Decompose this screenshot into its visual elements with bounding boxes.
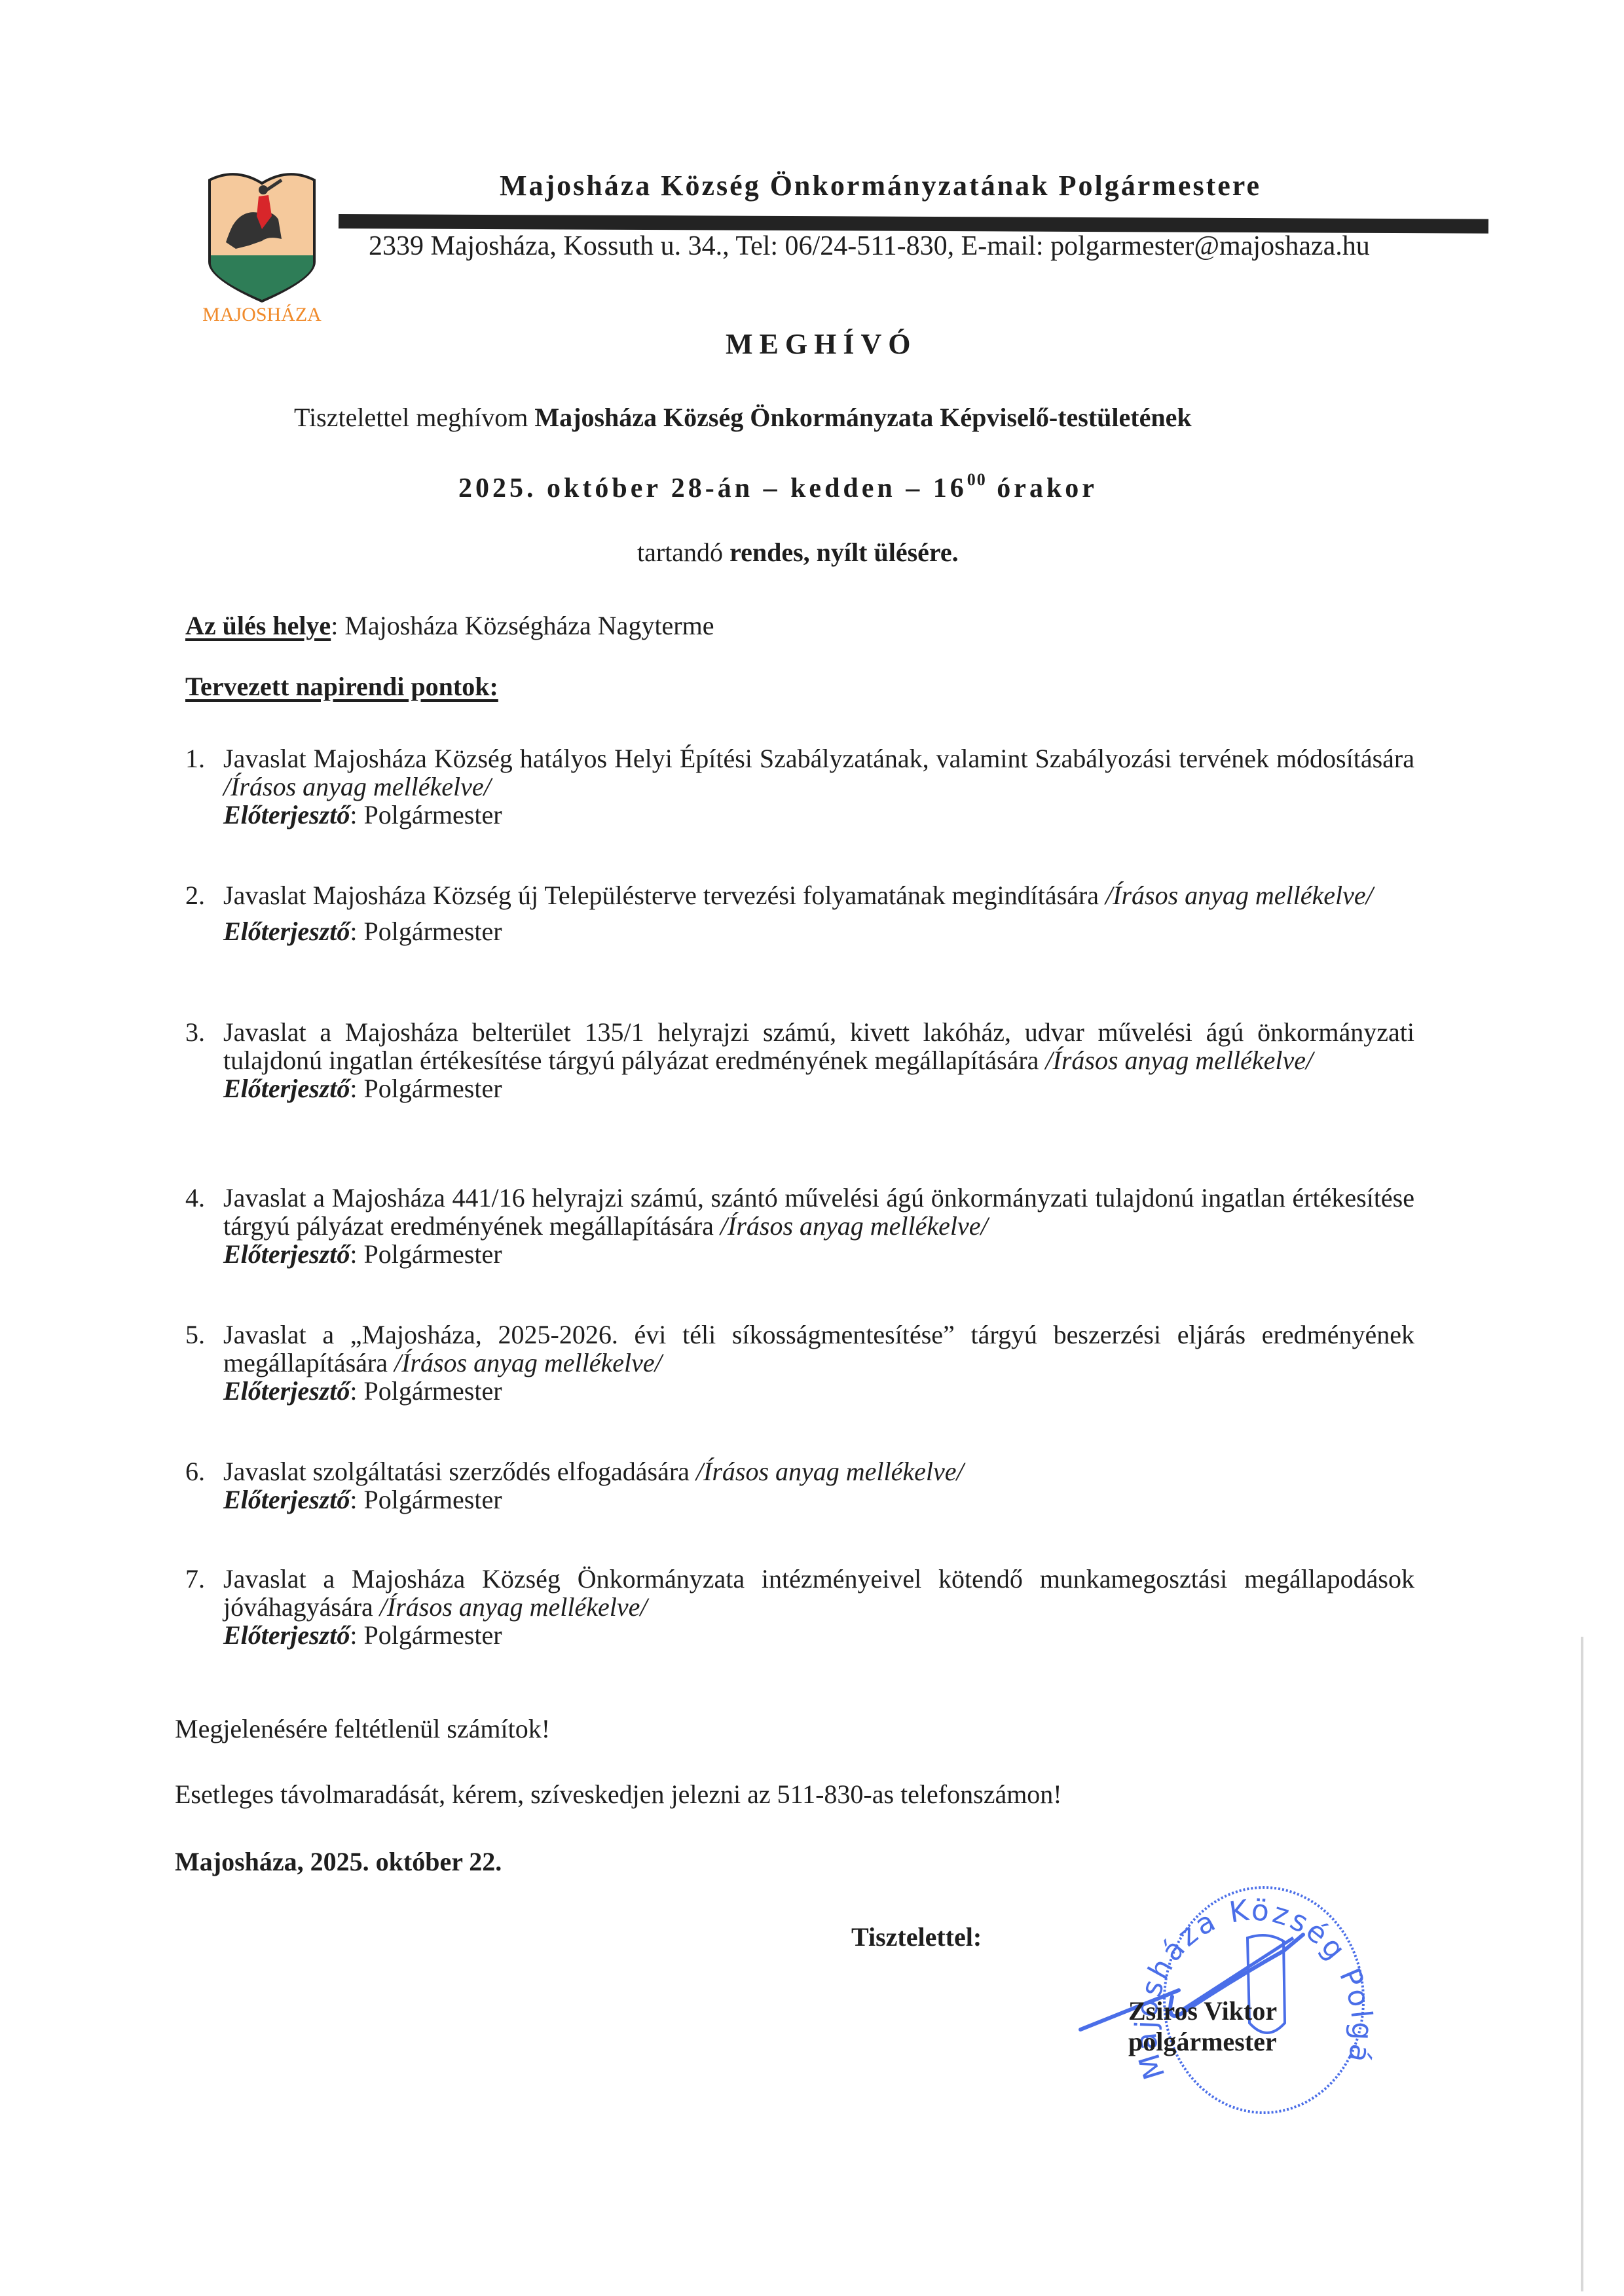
session-lead: tartandó (637, 538, 729, 567)
agenda-item-text: Javaslat Majosháza Község új Településte… (223, 881, 1414, 909)
agenda-item: 6. Javaslat szolgáltatási szerződés elfo… (185, 1457, 1414, 1514)
meeting-time-minutes: 00 (967, 470, 987, 489)
agenda-item-number: 3. (185, 1018, 205, 1046)
meeting-date-text: 2025. október 28-án – kedden – 16 (458, 473, 967, 503)
meeting-place-value: Majosháza Községháza Nagyterme (344, 611, 714, 640)
agenda-item-text: Javaslat a „Majosháza, 2025-2026. évi té… (223, 1321, 1414, 1377)
session-type: rendes, nyílt ülésére. (729, 538, 959, 567)
agenda-item: 3. Javaslat a Majosháza belterület 135/1… (185, 1018, 1414, 1102)
session-type-line: tartandó rendes, nyílt ülésére. (637, 537, 959, 568)
attachment-note: /Írásos anyag mellékelve/ (380, 1592, 648, 1622)
meeting-place-separator: : (331, 611, 344, 640)
attachment-note: /Írásos anyag mellékelve/ (394, 1348, 662, 1377)
agenda-item-number: 2. (185, 881, 205, 909)
agenda-item-presenter: Előterjesztő: Polgármester (223, 1240, 1414, 1268)
agenda-item-presenter: Előterjesztő: Polgármester (223, 917, 1414, 945)
agenda-item-number: 4. (185, 1184, 205, 1212)
agenda-item-number: 1. (185, 744, 205, 773)
agenda-item-presenter: Előterjesztő: Polgármester (223, 1074, 1414, 1102)
agenda-item-number: 7. (185, 1565, 205, 1593)
regards: Tisztelettel: (851, 1922, 982, 1952)
agenda-item-presenter: Előterjesztő: Polgármester (223, 1621, 1414, 1649)
agenda-item-number: 5. (185, 1321, 205, 1349)
meeting-place: Az ülés helye: Majosháza Községháza Nagy… (185, 610, 714, 641)
attachment-note: /Írásos anyag mellékelve/ (223, 772, 491, 801)
invitation-body: Majosháza Község Önkormányzata Képviselő… (534, 403, 1191, 432)
agenda-item: 1. Javaslat Majosháza Község hatályos He… (185, 744, 1414, 829)
letterhead-contact: 2339 Majosháza, Kossuth u. 34., Tel: 06/… (369, 230, 1370, 262)
agenda-item: 4. Javaslat a Majosháza 441/16 helyrajzi… (185, 1184, 1414, 1268)
agenda-item-presenter: Előterjesztő: Polgármester (223, 801, 1414, 829)
meeting-date: 2025. október 28-án – kedden – 1600 órak… (458, 470, 1098, 504)
invitation-line: Tisztelettel meghívom Majosháza Község Ö… (294, 402, 1192, 433)
scan-edge-artifact (1581, 1637, 1583, 2291)
letterhead-title: Majosháza Község Önkormányzatának Polgár… (500, 169, 1261, 202)
svg-text:MAJOSHÁZA: MAJOSHÁZA (202, 304, 322, 325)
agenda-item: 5. Javaslat a „Majosháza, 2025-2026. évi… (185, 1321, 1414, 1405)
coat-of-arms-logo: MAJOSHÁZA (196, 164, 327, 327)
meeting-date-suffix: órakor (987, 473, 1098, 503)
attachment-note: /Írásos anyag mellékelve/ (1105, 881, 1373, 910)
attachment-note: /Írásos anyag mellékelve/ (1045, 1046, 1313, 1075)
invitation-lead: Tisztelettel meghívom (294, 403, 534, 432)
attachment-note: /Írásos anyag mellékelve/ (696, 1457, 964, 1486)
document-title: MEGHÍVÓ (726, 327, 917, 361)
meeting-place-label: Az ülés helye (185, 611, 331, 640)
attendance-request: Megjelenésére feltétlenül számítok! (175, 1713, 550, 1744)
agenda-item: 7. Javaslat a Majosháza Község Önkormány… (185, 1565, 1414, 1649)
agenda-item-presenter: Előterjesztő: Polgármester (223, 1377, 1414, 1405)
attachment-note: /Írásos anyag mellékelve/ (720, 1211, 988, 1241)
agenda-item-text: Javaslat a Majosháza belterület 135/1 he… (223, 1018, 1414, 1074)
agenda-item-text: Javaslat szolgáltatási szerződés elfogad… (223, 1457, 1414, 1485)
absence-note: Esetleges távolmaradását, kérem, szívesk… (175, 1779, 1062, 1810)
agenda-item-text: Javaslat a Majosháza 441/16 helyrajzi sz… (223, 1184, 1414, 1240)
signer-title: polgármester (1128, 2026, 1277, 2057)
signer-name: Zsiros Viktor (1128, 1995, 1277, 2026)
agenda-item-text: Javaslat a Majosháza Község Önkormányzat… (223, 1565, 1414, 1621)
agenda-heading: Tervezett napirendi pontok: (185, 671, 498, 702)
agenda-item: 2. Javaslat Majosháza Község új Települé… (185, 881, 1414, 945)
agenda-item-number: 6. (185, 1457, 205, 1485)
agenda-item-presenter: Előterjesztő: Polgármester (223, 1485, 1414, 1514)
agenda-item-text: Javaslat Majosháza Község hatályos Helyi… (223, 744, 1414, 801)
place-and-date: Majosháza, 2025. október 22. (175, 1846, 502, 1877)
